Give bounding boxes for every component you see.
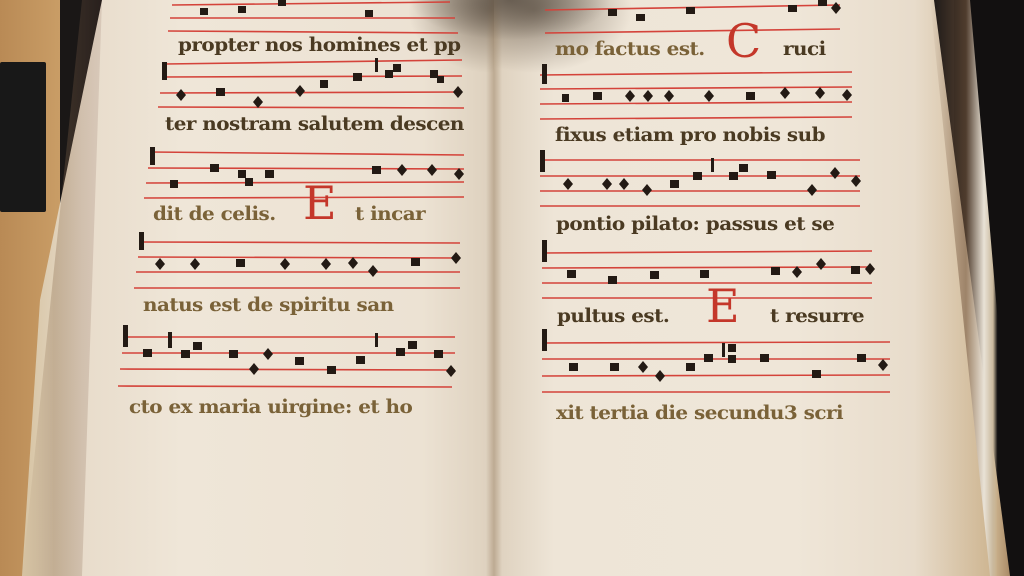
lyric-line: pontio pilato: passus et se — [556, 213, 834, 235]
lyric-line: fixus etiam pro nobis sub — [555, 124, 825, 146]
lyric-line: ruci — [783, 38, 826, 60]
music-staves — [0, 0, 1024, 576]
lyric-line: ter nostram salutem descen — [165, 113, 464, 135]
staff-lines — [118, 2, 890, 392]
red-initial-letter: E — [706, 283, 740, 329]
red-initial-letter: E — [303, 180, 337, 226]
lyric-line: propter nos homines et pp — [178, 34, 461, 56]
lyric-line: t resurre — [770, 305, 864, 327]
lyric-line: pultus est. — [557, 305, 669, 327]
lyric-line: t incar — [355, 203, 425, 225]
red-initial-letter: C — [726, 18, 761, 64]
open-choir-book: propter nos homines et pp ter nostram sa… — [0, 0, 1024, 576]
lyric-line: cto ex maria uirgine: et ho — [129, 396, 412, 418]
lyric-line: natus est de spiritu san — [143, 294, 394, 316]
lyric-line: dit de celis. — [153, 203, 276, 225]
lyric-line: xit tertia die secundu3 scri — [556, 402, 843, 424]
lyric-line: mo factus est. — [555, 38, 705, 60]
